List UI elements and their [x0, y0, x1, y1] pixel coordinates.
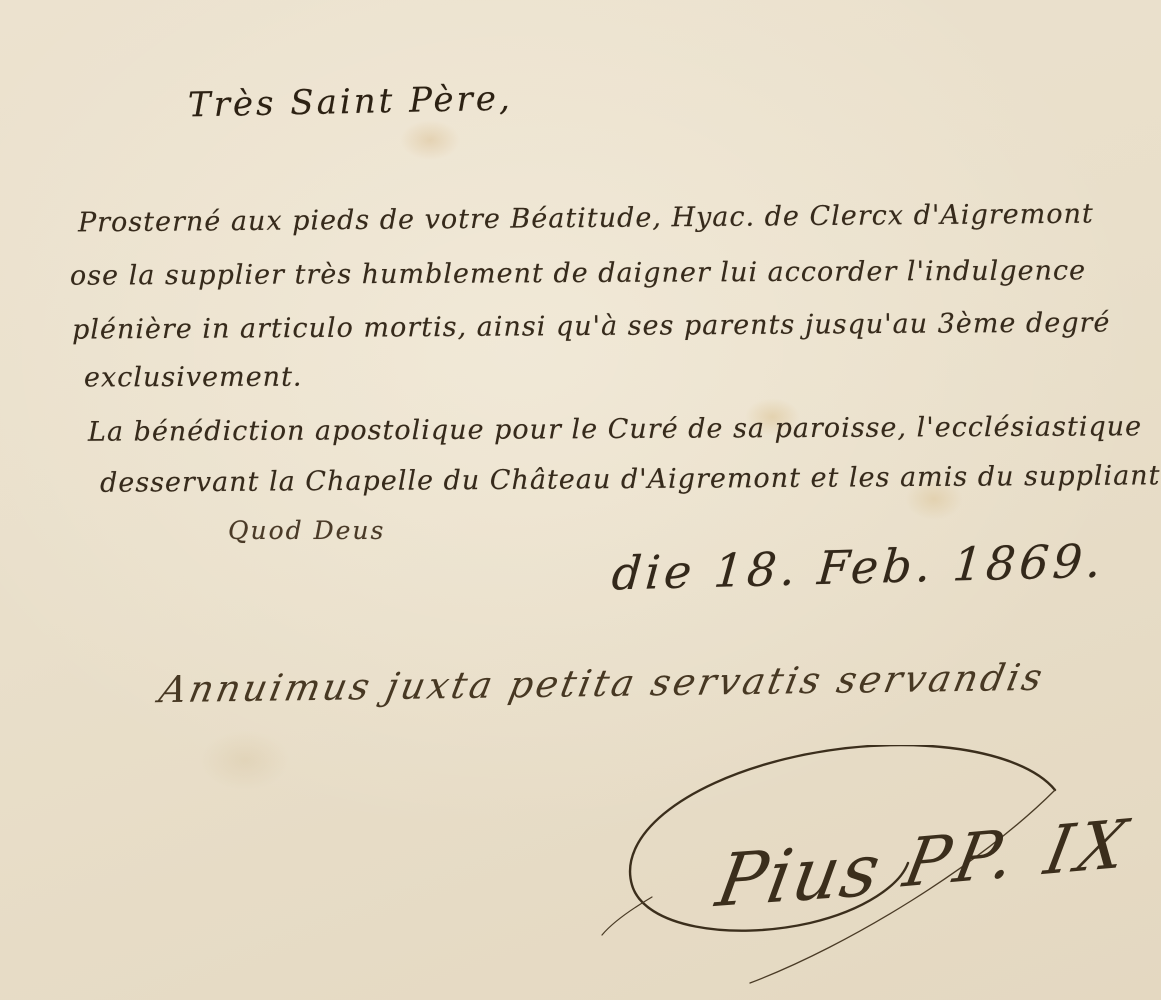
papal-grant-line: Annuimus juxta petita servatis servandis	[156, 656, 1049, 711]
signature-name: Pius	[711, 827, 888, 924]
papal-signature: Pius PP. IX	[600, 745, 1160, 990]
body-line: exclusivement.	[84, 362, 303, 394]
body-line: La bénédiction apostolique pour le Curé …	[88, 411, 1142, 448]
body-line: desservant la Chapelle du Château d'Aigr…	[100, 460, 1161, 498]
body-line: ose la supplier très humblement de daign…	[70, 255, 1086, 291]
manuscript-page: Très Saint Père, Prosterné aux pieds de …	[0, 0, 1161, 1000]
body-line: plénière in articulo mortis, ainsi qu'à …	[72, 307, 1111, 345]
paper-stain	[400, 120, 460, 160]
date-line: die 18. Feb. 1869.	[610, 533, 1107, 600]
paper-stain	[200, 730, 290, 790]
salutation: Très Saint Père,	[188, 79, 514, 126]
body-line: Prosterné aux pieds de votre Béatitude, …	[78, 199, 1094, 239]
quod-deus-note: Quod Deus	[228, 516, 385, 545]
